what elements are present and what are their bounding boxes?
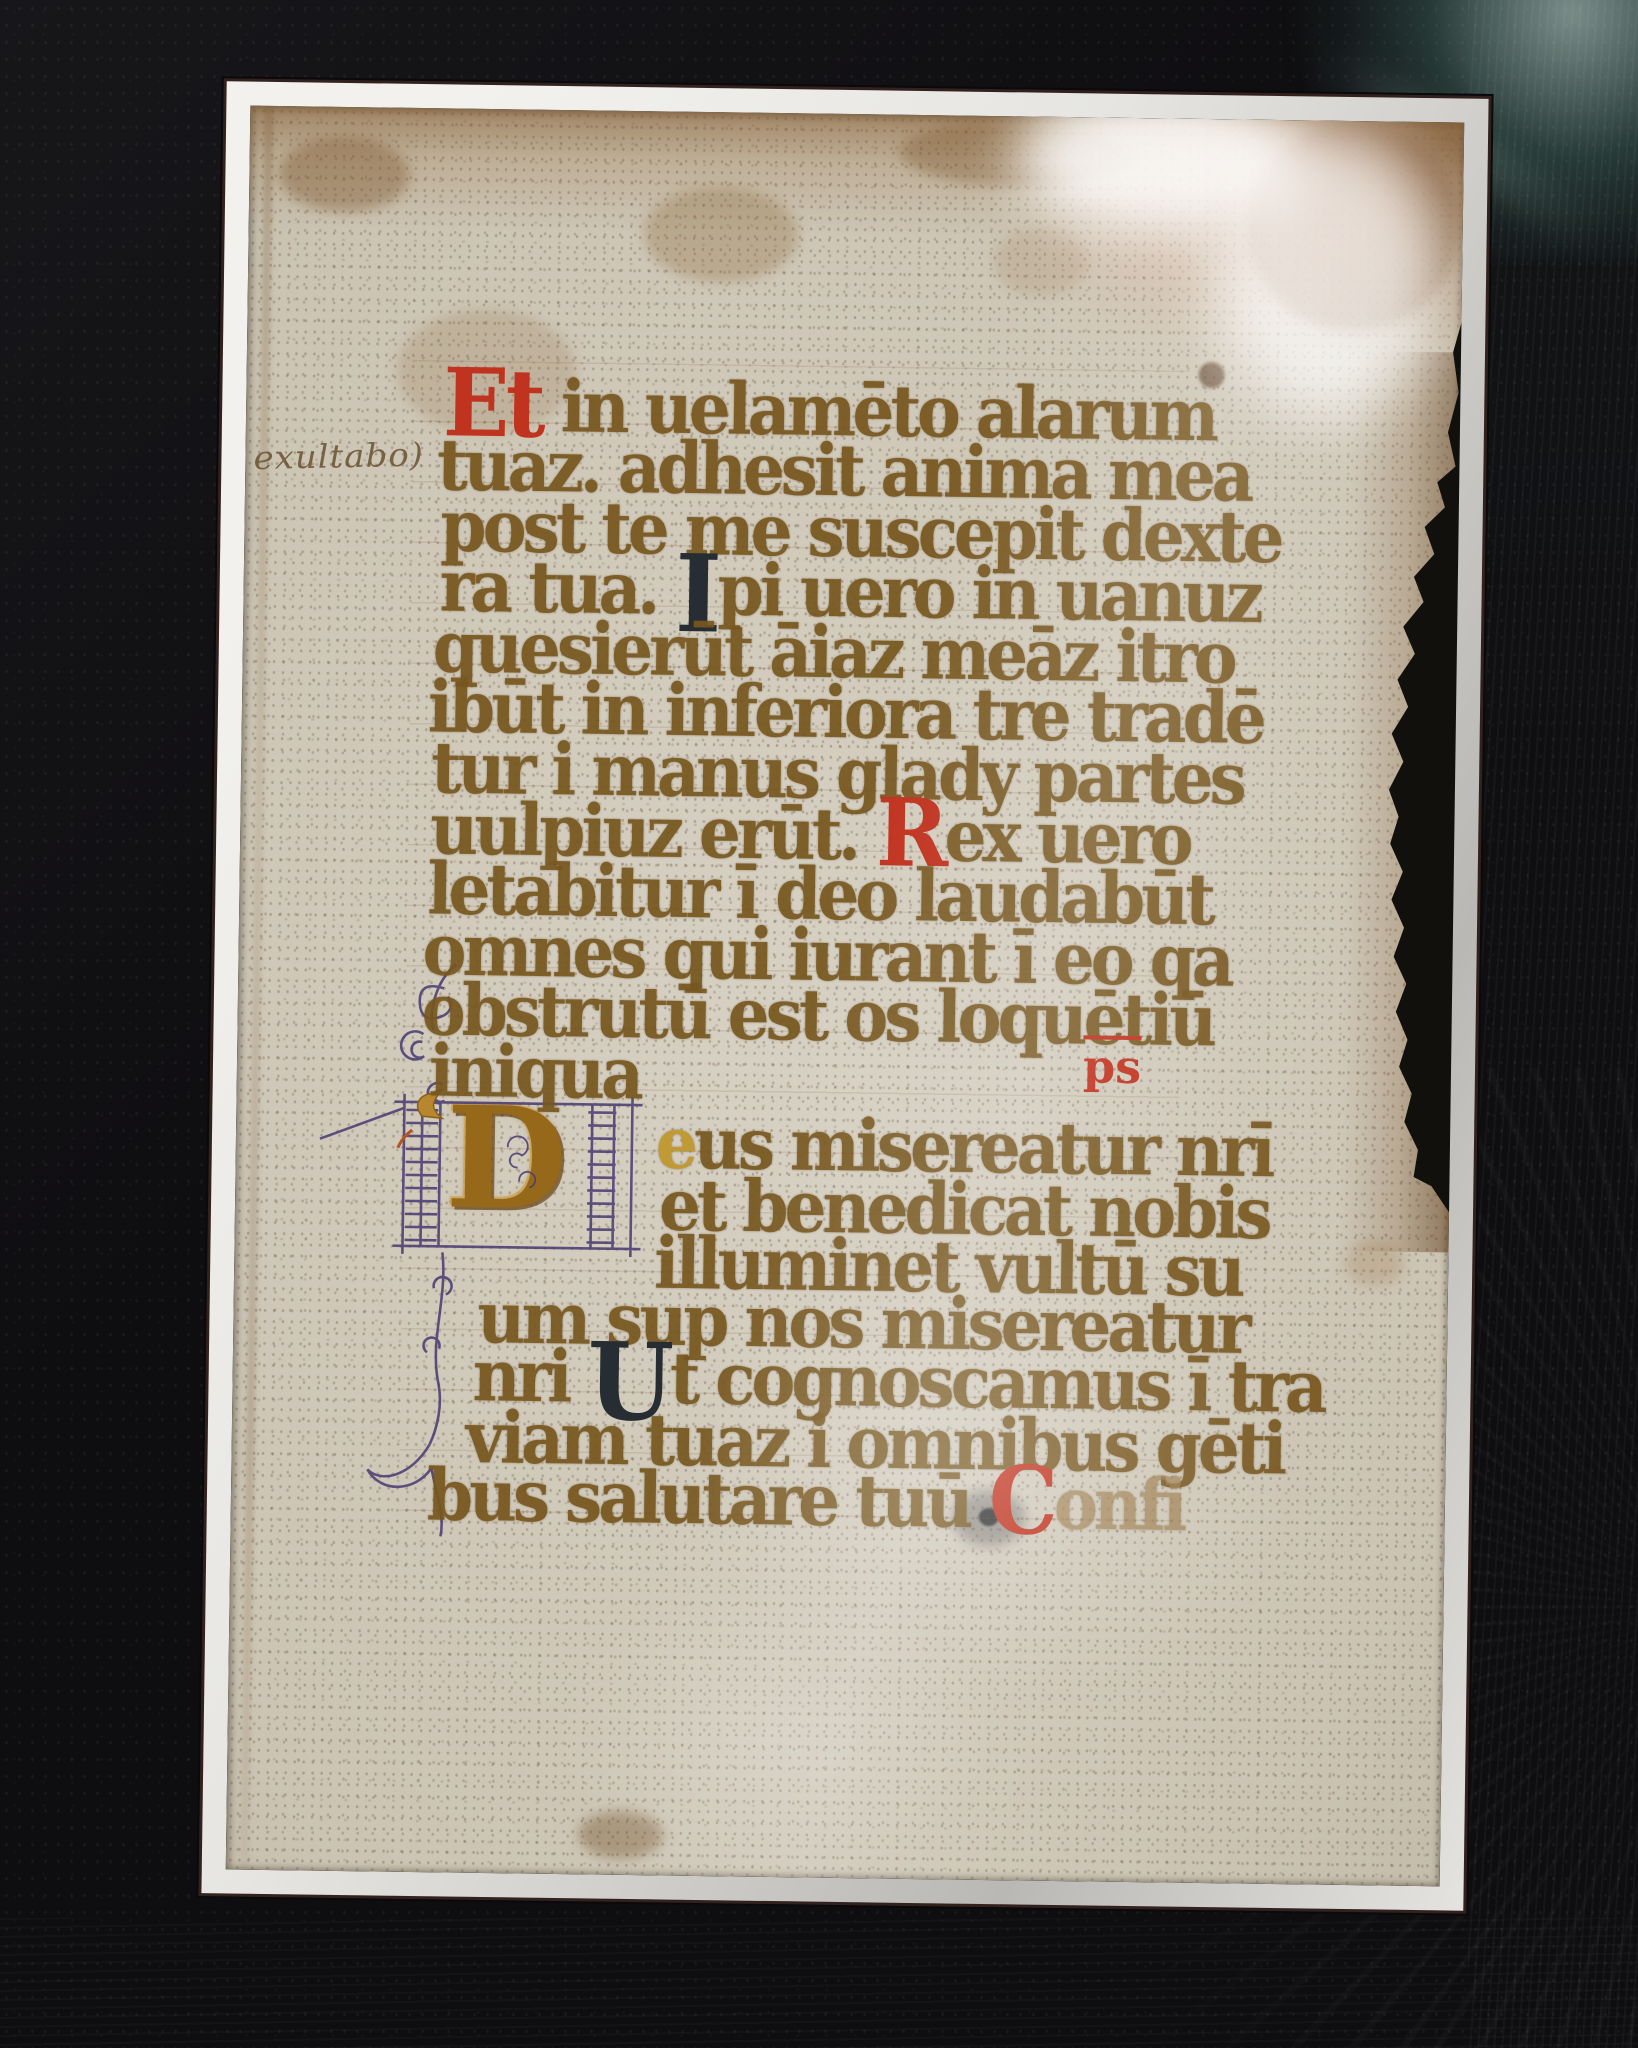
frame-bottom-streaks	[0, 1918, 1638, 2048]
photo-of-framed-leaf: D Et in ue	[0, 0, 1638, 2048]
manuscript-leaf: D Et in ue	[226, 106, 1465, 1887]
glass-sheen	[226, 106, 1465, 1887]
mat-window: D Et in ue	[201, 81, 1488, 1910]
